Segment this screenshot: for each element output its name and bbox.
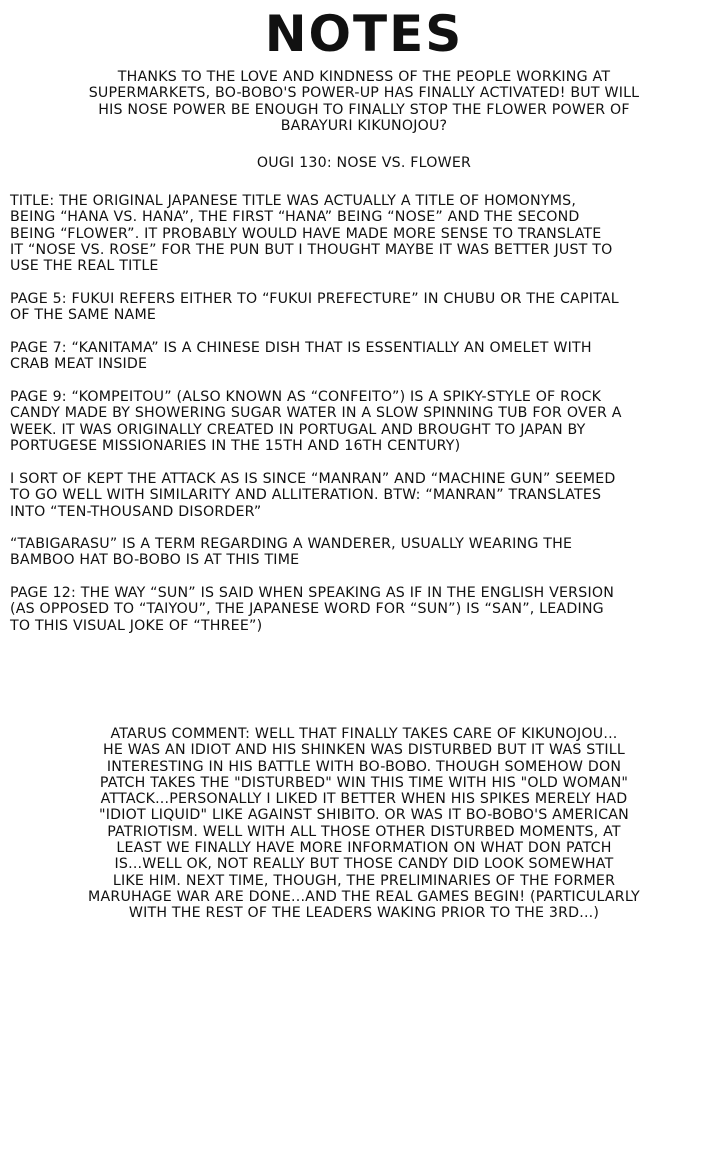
note-tabigarasu: “Tabigarasu” is a term regarding a wande… <box>10 536 725 569</box>
comment-line: "idiot liquid" like against Shibito. Or … <box>0 807 728 823</box>
note-page-9: Page 9: “Kompeitou” (also known as “Conf… <box>10 389 725 454</box>
intro-line: his nose power be enough to finally stop… <box>0 102 728 118</box>
note-line: candy made by showering sugar water in a… <box>10 405 725 421</box>
note-line: week. It was originally created in Portu… <box>10 422 725 438</box>
comment-line: least we finally have more information o… <box>0 840 728 856</box>
comment-line: interesting in his battle with Bo-bobo. … <box>0 759 728 775</box>
note-line: being “Hana vs. Hana”, the first “Hana” … <box>10 209 725 225</box>
note-line: of the same name <box>10 307 725 323</box>
comment-line: is...well ok, not really but those candy… <box>0 856 728 872</box>
note-line: I sort of kept the attack as is since “M… <box>10 471 725 487</box>
comment-line: patriotism. Well with all those other di… <box>0 824 728 840</box>
comment-line: Atarus Comment: Well that finally takes … <box>0 726 728 742</box>
note-title: Title: The original Japanese title was a… <box>10 193 725 274</box>
note-line: (as opposed to “Taiyou”, the Japanese wo… <box>10 601 725 617</box>
note-line: Page 9: “Kompeitou” (also known as “Conf… <box>10 389 725 405</box>
note-attack: I sort of kept the attack as is since “M… <box>10 471 725 520</box>
note-line: bamboo hat Bo-bobo is at this time <box>10 552 725 568</box>
note-line: being “Flower”. It probably would have m… <box>10 226 725 242</box>
note-line: into “Ten-thousand disorder” <box>10 504 725 520</box>
page-title: NOTES <box>0 4 728 64</box>
note-line: it “Nose vs. Rose” for the pun but I tho… <box>10 242 725 258</box>
note-line: Page 12: The way “Sun” is said when spea… <box>10 585 725 601</box>
note-page-5: Page 5: Fukui refers either to “Fukui Pr… <box>10 291 725 324</box>
intro-line: Thanks to the love and kindness of the p… <box>0 69 728 85</box>
intro-paragraph: Thanks to the love and kindness of the p… <box>0 69 728 134</box>
intro-line: Barayuri Kikunojou? <box>0 118 728 134</box>
chapter-title: Ougi 130: Nose vs. Flower <box>0 155 728 171</box>
translator-comment: Atarus Comment: Well that finally takes … <box>0 726 728 922</box>
note-line: crab meat inside <box>10 356 725 372</box>
note-line: Title: The original Japanese title was a… <box>10 193 725 209</box>
note-line: use the real title <box>10 258 725 274</box>
comment-line: like him. Next time, though, the prelimi… <box>0 873 728 889</box>
comment-line: Patch takes the "disturbed" win this tim… <box>0 775 728 791</box>
intro-line: supermarkets, Bo-bobo's power-up has fin… <box>0 85 728 101</box>
comment-line: attack...personally I liked it better wh… <box>0 791 728 807</box>
note-page-12: Page 12: The way “Sun” is said when spea… <box>10 585 725 634</box>
note-line: Page 7: “Kanitama” is a Chinese dish tha… <box>10 340 725 356</box>
note-line: Portugese missionaries in the 15th and 1… <box>10 438 725 454</box>
note-line: Page 5: Fukui refers either to “Fukui Pr… <box>10 291 725 307</box>
comment-line: Maruhage War are done...and the real gam… <box>0 889 728 905</box>
note-line: “Tabigarasu” is a term regarding a wande… <box>10 536 725 552</box>
comment-line: He was an idiot and his Shinken was dist… <box>0 742 728 758</box>
note-page-7: Page 7: “Kanitama” is a Chinese dish tha… <box>10 340 725 373</box>
note-line: to this visual joke of “Three”) <box>10 618 725 634</box>
note-line: to go well with similarity and alliterat… <box>10 487 725 503</box>
comment-line: with the rest of the leaders waking prio… <box>0 905 728 921</box>
